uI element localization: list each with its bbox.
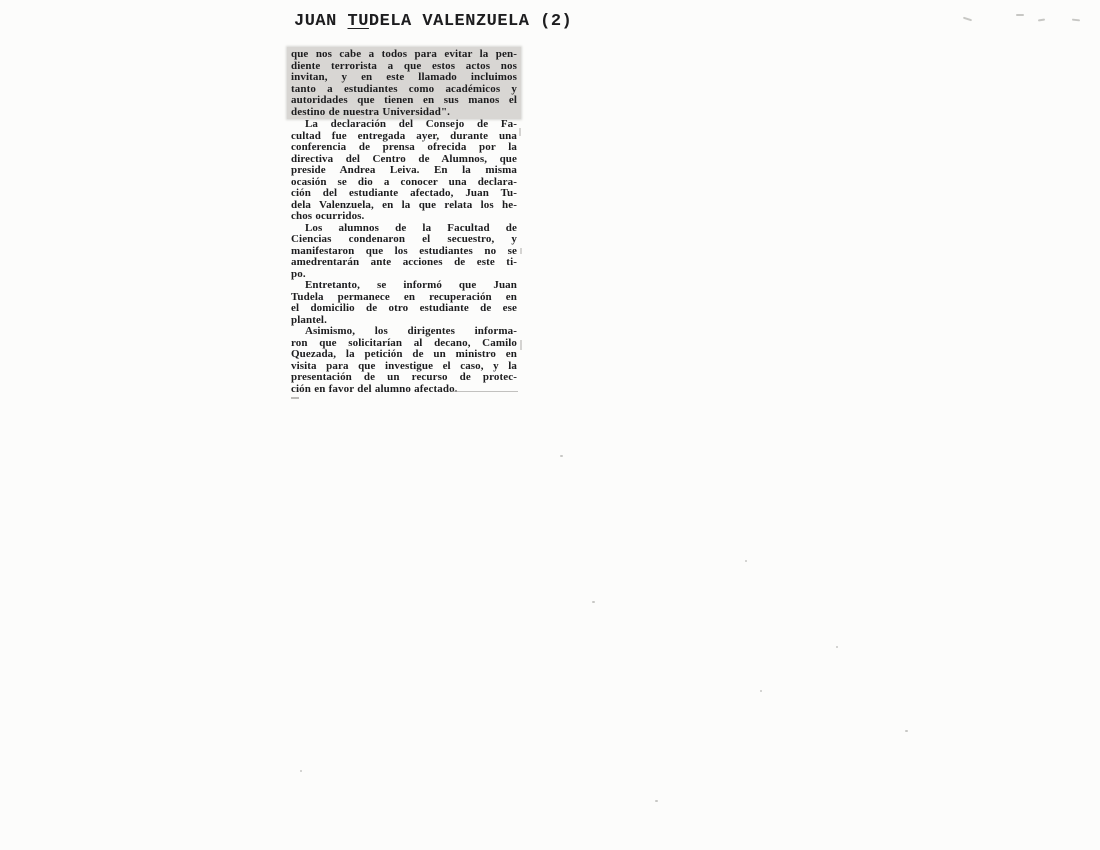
scanned-newspaper-page: JUAN TUDELA VALENZUELA (2) que nos cabe … — [0, 0, 1100, 850]
article-line: ción del estudiante afectado, Juan Tu- — [291, 188, 517, 200]
article-line: Ciencias condenaron el secuestro, y — [291, 234, 517, 246]
article-line: el domicilio de otro estudiante de ese — [291, 303, 517, 315]
scan-speck — [560, 455, 563, 457]
article-line: autoridades que tienen en sus manos el — [291, 95, 517, 107]
article-line: chos ocurridos. — [291, 211, 517, 223]
scan-speck — [963, 17, 972, 22]
scan-speck — [1016, 14, 1024, 16]
scan-speck — [300, 770, 302, 772]
article-line: Entretanto, se informó que Juan — [291, 280, 517, 292]
title-segment: DELA VALENZUELA (2) — [369, 12, 572, 31]
scan-artifact — [291, 397, 299, 399]
article-paragraph: La declaración del Consejo de Fa-cultad … — [291, 119, 517, 223]
scan-speck — [1038, 19, 1045, 22]
article-line: que nos cabe a todos para evitar la pen- — [291, 49, 517, 61]
article-line: destino de nuestra Universidad". — [291, 107, 517, 119]
article-line: preside Andrea Leiva. En la misma — [291, 165, 517, 177]
scan-speck — [745, 560, 747, 562]
article-line: conferencia de prensa ofrecida por la — [291, 142, 517, 154]
scan-speck — [836, 646, 838, 648]
clipping-edge-mark — [519, 128, 521, 136]
scan-artifact — [452, 391, 518, 392]
article-line: ción en favor del alumno afectado. — [291, 384, 517, 396]
article-line: invitan, y en este llamado incluimos — [291, 72, 517, 84]
scan-speck — [592, 601, 595, 603]
article-paragraph: Asimismo, los dirigentes informa-ron que… — [291, 326, 517, 395]
clipping-edge-mark — [520, 340, 522, 350]
article-line: amedrentarán ante acciones de este ti- — [291, 257, 517, 269]
title-segment: JUAN — [294, 12, 348, 31]
article-column: que nos cabe a todos para evitar la pen-… — [291, 47, 517, 395]
article-line: presentación de un recurso de protec- — [291, 372, 517, 384]
scan-speck — [1072, 19, 1080, 22]
title-underlined-segment: TU — [348, 12, 369, 31]
article-line: La declaración del Consejo de Fa- — [291, 119, 517, 131]
article-paragraph: Entretanto, se informó que JuanTudela pe… — [291, 280, 517, 326]
page-title: JUAN TUDELA VALENZUELA (2) — [294, 12, 572, 31]
highlighted-paragraph: que nos cabe a todos para evitar la pen-… — [287, 47, 521, 119]
scan-speck — [655, 800, 658, 802]
article-paragraph: Los alumnos de la Facultad deCiencias co… — [291, 223, 517, 281]
scan-speck — [905, 730, 908, 732]
article-line: Quezada, la petición de un ministro en — [291, 349, 517, 361]
scan-speck — [760, 690, 762, 692]
article-line: Asimismo, los dirigentes informa- — [291, 326, 517, 338]
clipping-edge-mark — [520, 248, 522, 254]
